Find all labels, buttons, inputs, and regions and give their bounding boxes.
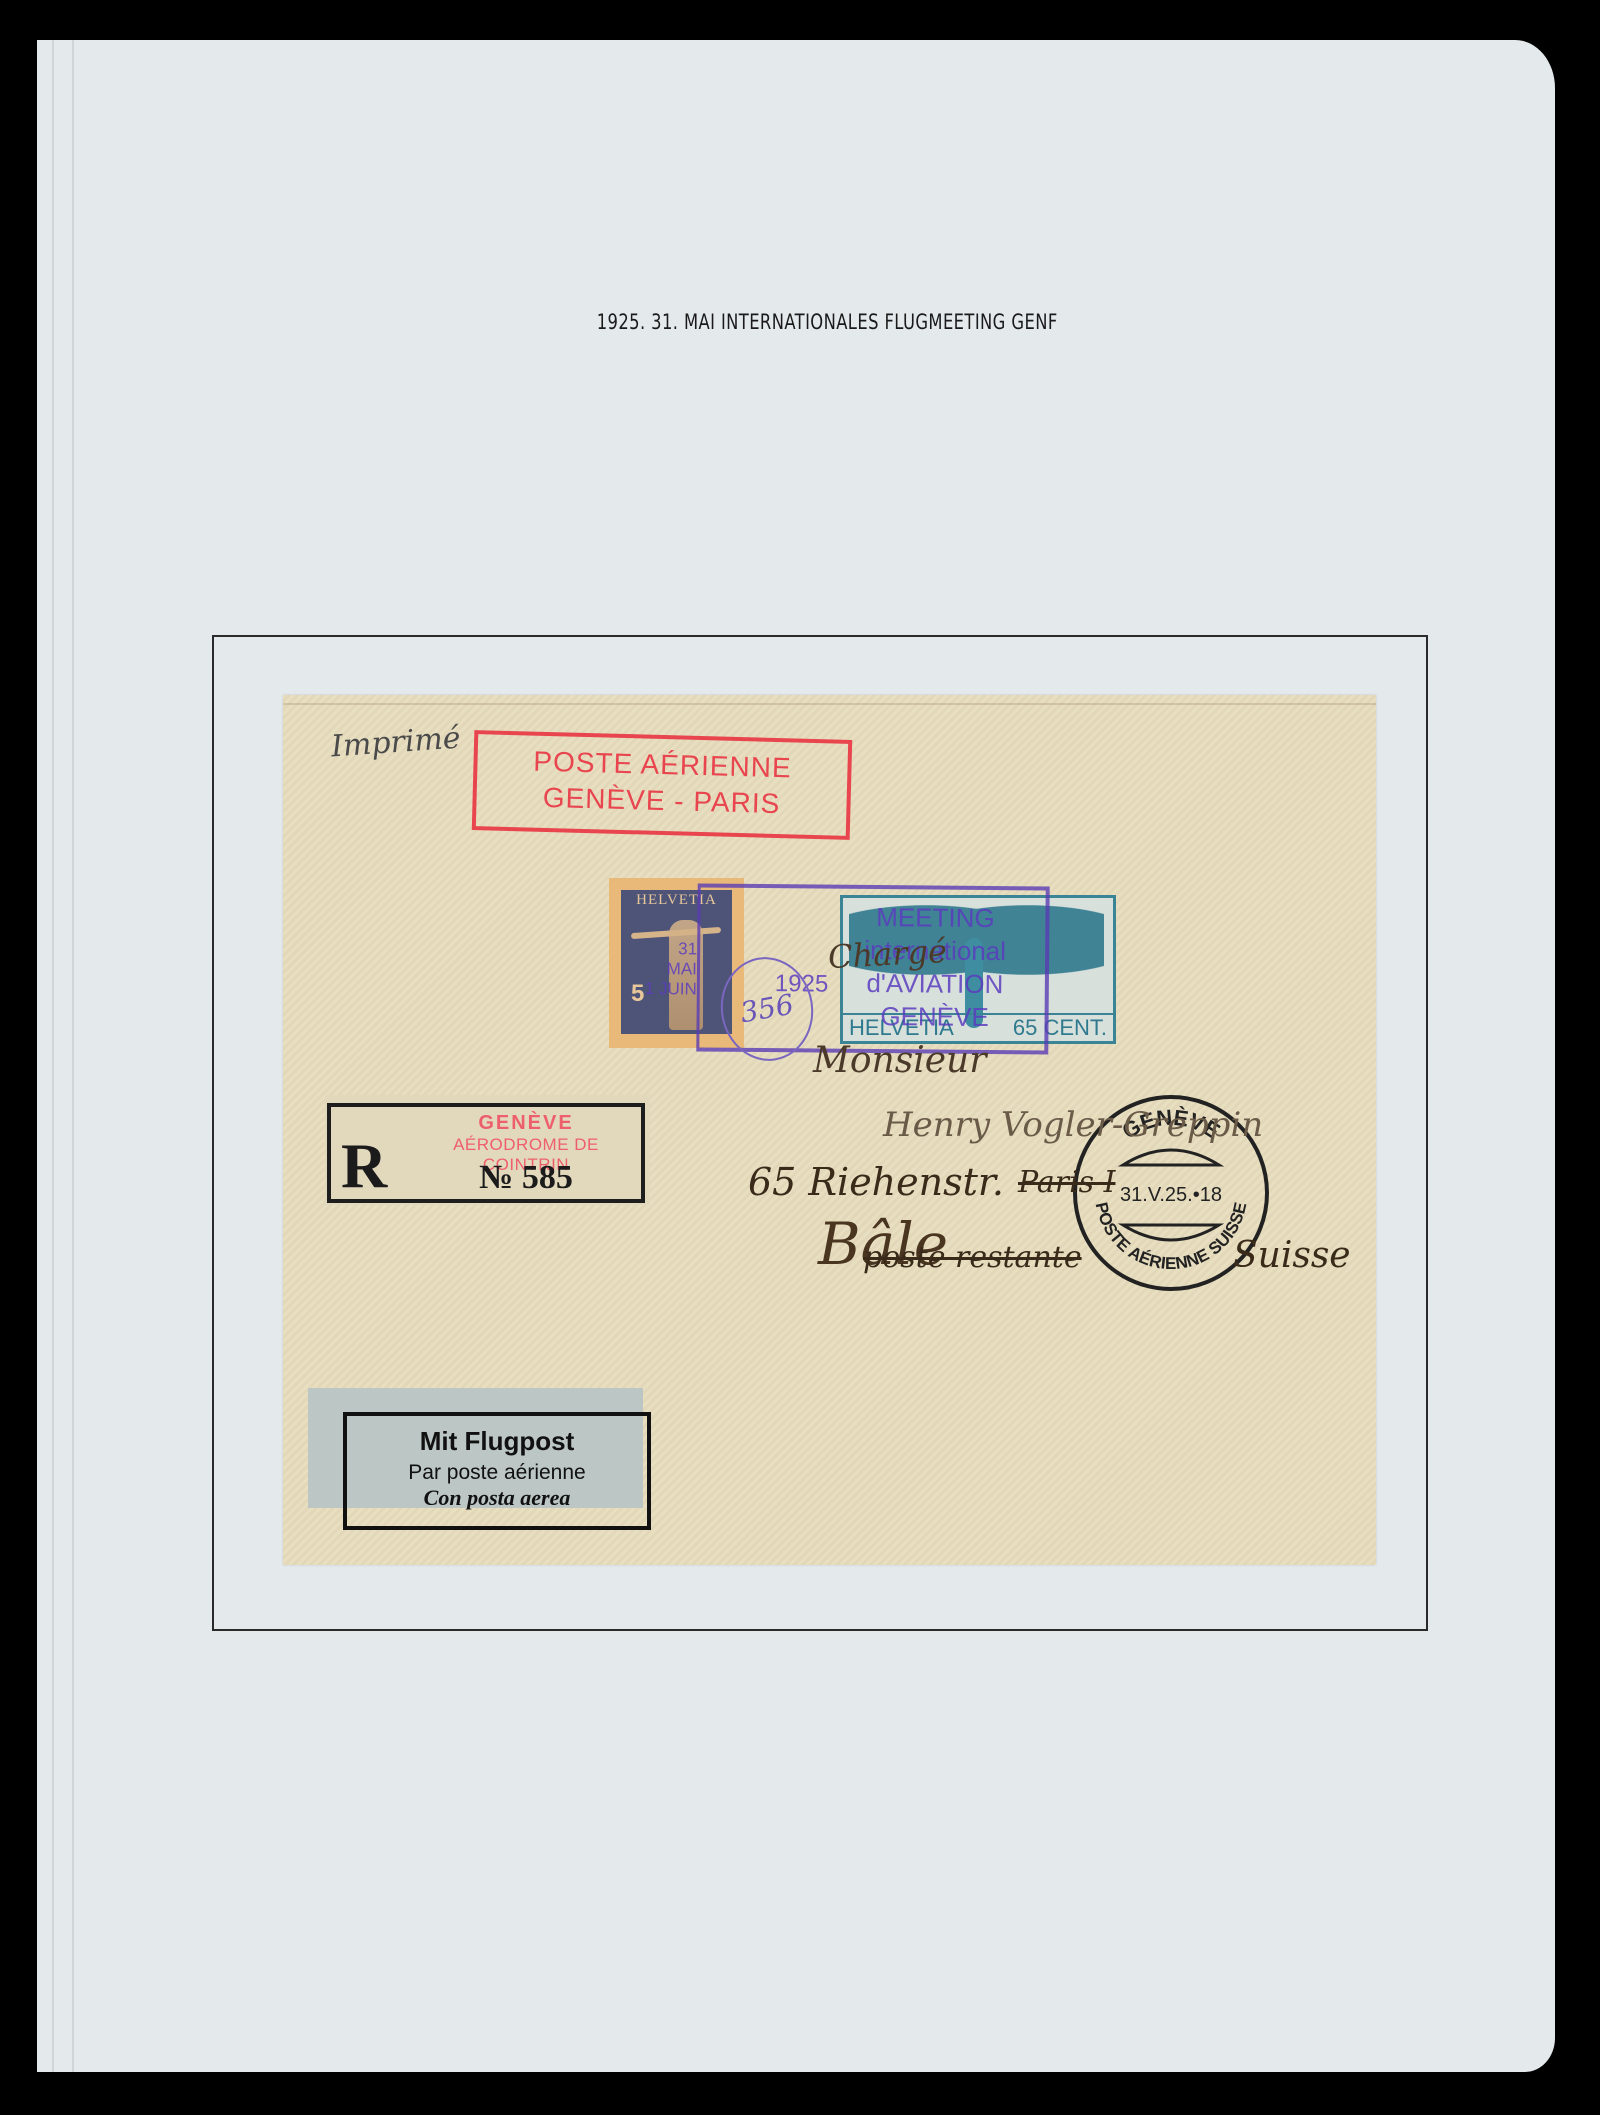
album-page: 1925. 31. MAI INTERNATIONALES FLUGMEETIN… (37, 40, 1555, 2072)
red-flight-cachet: POSTE AÉRIENNE GENÈVE - PARIS (472, 730, 852, 840)
binding-line (72, 40, 74, 2072)
page-title: 1925. 31. MAI INTERNATIONALES FLUGMEETIN… (204, 310, 1388, 334)
address-salutation: Monsieur (813, 1040, 986, 1081)
address-name: Henry Vogler-Greppin (883, 1105, 1263, 1145)
registration-letter: R (341, 1129, 387, 1203)
registration-box: R GENÈVE AÉRODROME DE COINTRIN № 585 (327, 1103, 645, 1203)
airmail-etiquette: Mit Flugpost Par poste aérienne Con post… (308, 1388, 643, 1508)
envelope-fold (283, 703, 1376, 705)
airmail-line-italian: Con posta aerea (347, 1485, 647, 1511)
address-struck-city: Paris I (1018, 1165, 1115, 1200)
address-country: Suisse (1233, 1235, 1351, 1276)
registration-office: GENÈVE (411, 1113, 641, 1133)
address-street: 65 Riehenstr. (748, 1160, 1004, 1204)
registration-number: № 585 (411, 1159, 641, 1197)
cachet-dates: 31 MAI 1 JUIN (645, 939, 697, 999)
address-charge: Chargé (827, 932, 948, 976)
airmail-line-german: Mit Flugpost (347, 1426, 647, 1457)
stamp-unit: CENT. (1043, 1015, 1107, 1040)
manuscript-note: Imprimé (330, 721, 462, 765)
svg-text:31.V.25.•18: 31.V.25.•18 (1120, 1184, 1222, 1206)
address-struck-line: poste restante (863, 1240, 1082, 1275)
binding-line (52, 40, 54, 2072)
stamp-value: 5 (631, 980, 644, 1008)
svg-text:POSTE AÉRIENNE SUISSE: POSTE AÉRIENNE SUISSE (1092, 1201, 1251, 1273)
registration-label: R GENÈVE AÉRODROME DE COINTRIN № 585 (325, 1095, 650, 1205)
airmail-box: Mit Flugpost Par poste aérienne Con post… (343, 1412, 651, 1530)
airmail-cover: Imprimé POSTE AÉRIENNE GENÈVE - PARIS HE… (283, 695, 1376, 1565)
airmail-line-french: Par poste aérienne (347, 1461, 647, 1485)
